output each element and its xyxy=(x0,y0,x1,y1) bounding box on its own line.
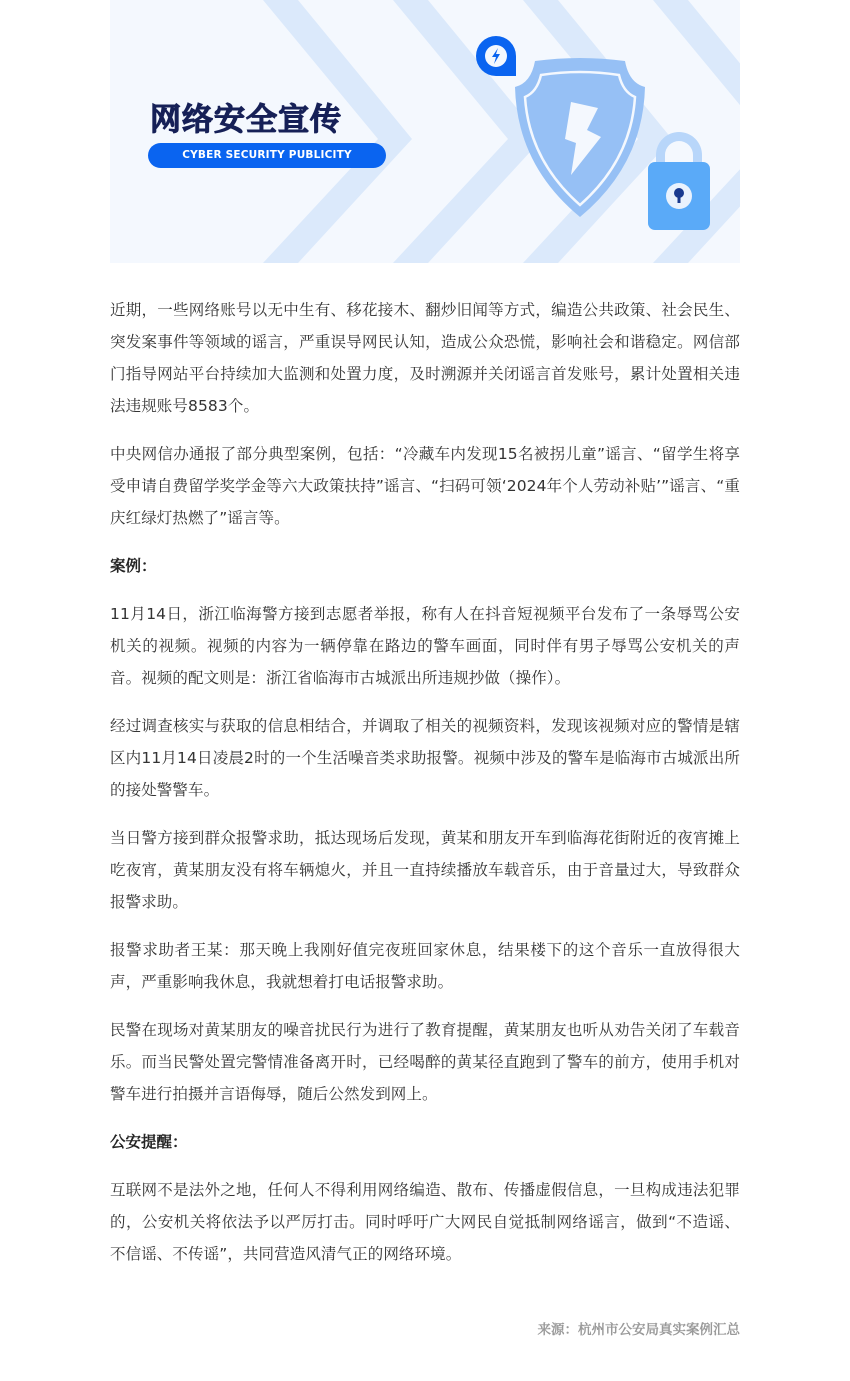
reminder-heading: 公安提醒： xyxy=(110,1126,740,1158)
case-heading: 案例： xyxy=(110,550,740,582)
case-paragraph: 经过调查核实与获取的信息相结合，并调取了相关的视频资料，发现该视频对应的警情是辖… xyxy=(110,710,740,806)
article-body: 近期，一些网络账号以无中生有、移花接木、翻炒旧闻等方式，编造公共政策、社会民生、… xyxy=(110,294,740,1286)
cases-summary-paragraph: 中央网信办通报了部分典型案例，包括：“冷藏车内发现15名被拐儿童”谣言、“留学生… xyxy=(110,438,740,534)
case-paragraph: 报警求助者王某：那天晚上我刚好值完夜班回家休息，结果楼下的这个音乐一直放得很大声… xyxy=(110,934,740,998)
reminder-paragraph: 互联网不是法外之地，任何人不得利用网络编造、散布、传播虚假信息，一旦构成违法犯罪… xyxy=(110,1174,740,1270)
case-paragraph: 当日警方接到群众报警求助，抵达现场后发现，黄某和朋友开车到临海花街附近的夜宵摊上… xyxy=(110,822,740,918)
banner-subtitle-pill: CYBER SECURITY PUBLICITY xyxy=(148,143,386,168)
case-paragraph: 11月14日，浙江临海警方接到志愿者举报，称有人在抖音短视频平台发布了一条辱骂公… xyxy=(110,598,740,694)
padlock-icon xyxy=(646,130,712,232)
chat-bolt-icon xyxy=(475,35,517,77)
case-paragraph: 民警在现场对黄某朋友的噪音扰民行为进行了教育提醒，黄某朋友也听从劝告关闭了车载音… xyxy=(110,1014,740,1110)
intro-paragraph: 近期，一些网络账号以无中生有、移花接木、翻炒旧闻等方式，编造公共政策、社会民生、… xyxy=(110,294,740,422)
banner: 网络安全宣传 CYBER SECURITY PUBLICITY xyxy=(110,0,740,263)
shield-bolt-icon xyxy=(515,55,645,220)
source-attribution: 来源：杭州市公安局真实案例汇总 xyxy=(538,1318,741,1338)
banner-title: 网络安全宣传 xyxy=(150,94,342,139)
